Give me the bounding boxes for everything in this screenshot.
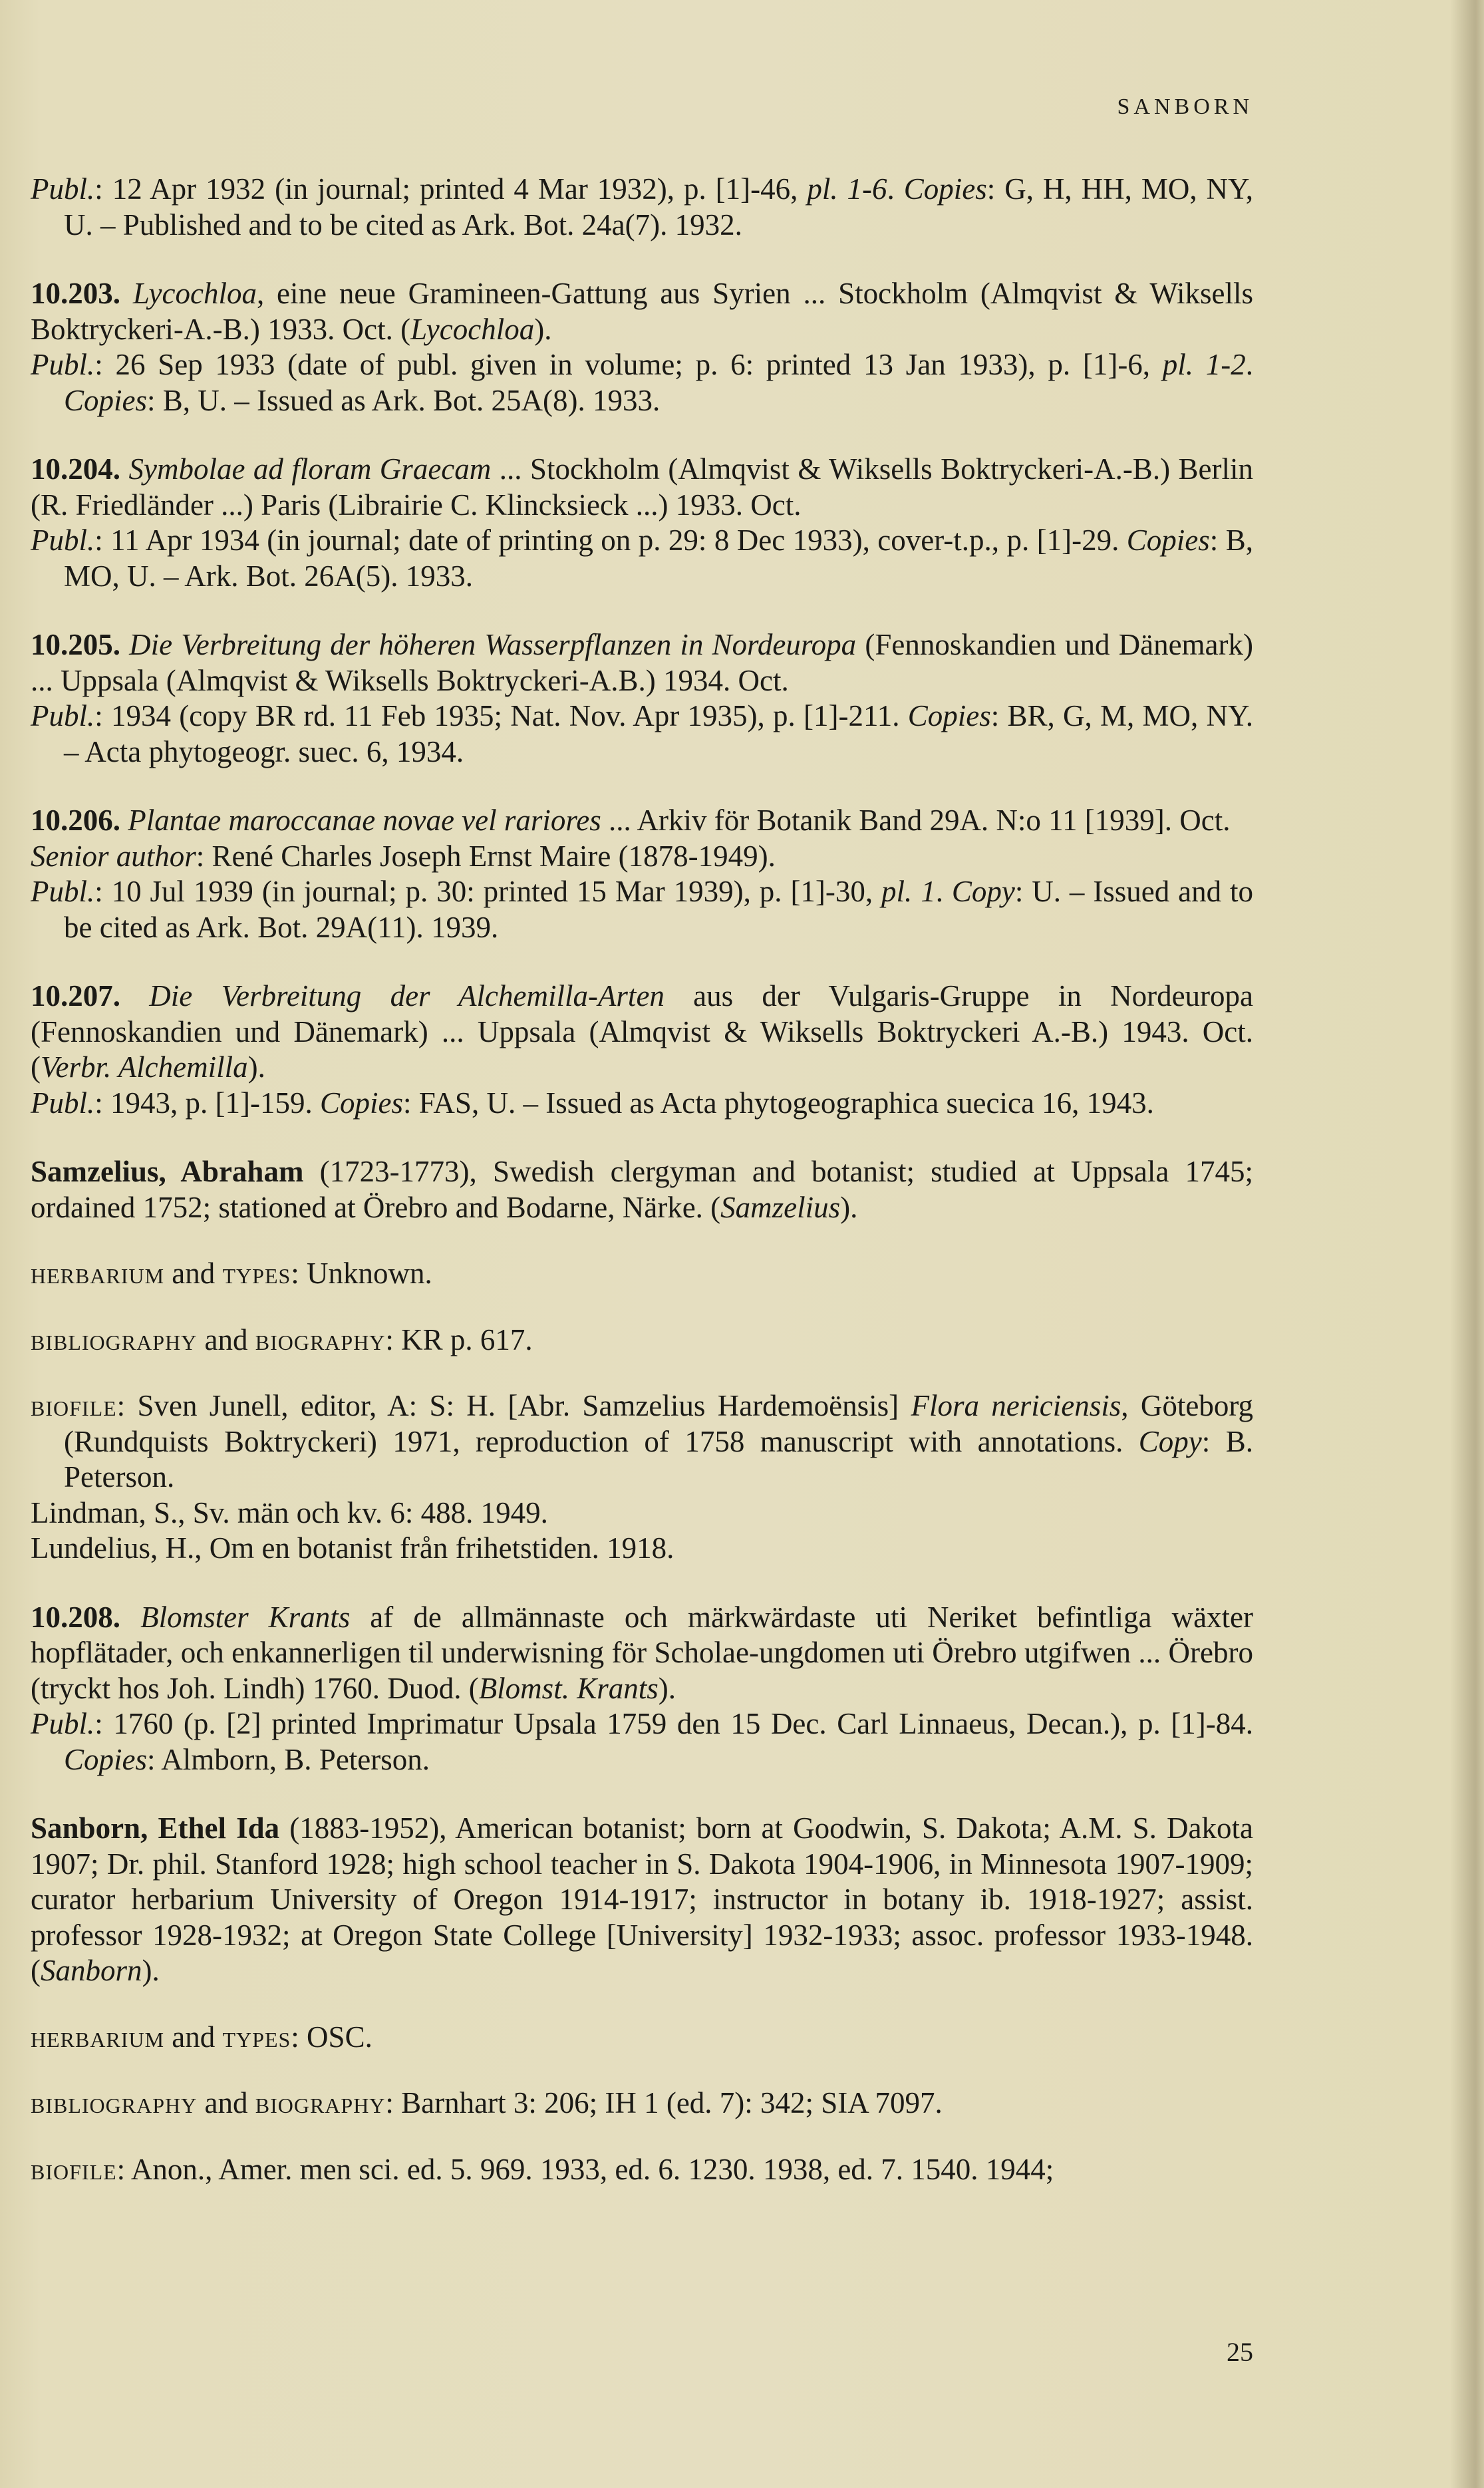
biofile: biofile: Anon., Amer. men sci. ed. 5. 96… (31, 2152, 1253, 2188)
bibliography-and-biography: bibliography and biography: KR p. 617. (31, 1322, 1253, 1358)
author-bio: Samzelius, Abraham (1723-1773), Swedish … (31, 1154, 1253, 1225)
conjunction: and (164, 2020, 222, 2054)
entry-number: 10.203. (31, 277, 120, 310)
section-value: : Sven Junell, editor, A: S: H. [Abr. Sa… (117, 1389, 911, 1422)
plates: pl. 1-6 (807, 172, 887, 206)
section-label: herbarium (31, 1257, 164, 1290)
biofile-reference: Lundelius, H., Om en botanist från frihe… (31, 1531, 1253, 1567)
punct: ). (142, 1954, 160, 1987)
herbarium-and-types: herbarium and types: Unknown. (31, 1256, 1253, 1292)
section-label: biofile (31, 2153, 117, 2186)
publ-label: Publ. (31, 699, 94, 732)
conjunction: and (164, 1257, 222, 1290)
entry-number: 10.205. (31, 628, 120, 661)
copies-text: : Almborn, B. Peterson. (147, 1743, 430, 1776)
biofile-title: Flora nericiensis (911, 1389, 1121, 1422)
section-label: types (223, 2020, 291, 2054)
copies-label: Copies (908, 699, 991, 732)
bibliography-and-biography: bibliography and biography: Barnhart 3: … (31, 2086, 1253, 2121)
copies-text: : FAS, U. – Issued as Acta phytogeograph… (403, 1086, 1154, 1120)
entry-publication: Publ.: 1943, p. [1]-159. Copies: FAS, U.… (31, 1086, 1253, 1122)
author-samzelius: Samzelius, Abraham (1723-1773), Swedish … (31, 1154, 1253, 1567)
punct: ). (840, 1191, 857, 1224)
entry-title-line: 10.204. Symbolae ad floram Graecam ... S… (31, 452, 1253, 523)
publ-label: Publ. (31, 1086, 94, 1120)
entry-10-204: 10.204. Symbolae ad floram Graecam ... S… (31, 452, 1253, 594)
entry-publication: Publ.: 1934 (copy BR rd. 11 Feb 1935; Na… (31, 699, 1253, 770)
section-label: herbarium (31, 2020, 164, 2054)
biofile-reference: Lindman, S., Sv. män och kv. 6: 488. 194… (31, 1495, 1253, 1531)
entry-abbreviation: Verbr. Alchemilla (41, 1050, 248, 1084)
page-number: 25 (1227, 2336, 1253, 2368)
biofile: biofile: Sven Junell, editor, A: S: H. [… (31, 1388, 1253, 1495)
copies-label: Copies (64, 1743, 147, 1776)
entry-10-206: 10.206. Plantae maroccanae novae vel rar… (31, 803, 1253, 945)
entry-senior-author: Senior author: René Charles Joseph Ernst… (31, 839, 1253, 875)
senior-author-text: : René Charles Joseph Ernst Maire (1878-… (196, 840, 776, 873)
entry-title: Die Verbreitung der höheren Wasserpflanz… (129, 628, 856, 661)
punct: ). (534, 313, 551, 346)
entry-number: 10.207. (31, 979, 120, 1012)
entry-publication: Publ.: 1760 (p. [2] printed Imprimatur U… (31, 1706, 1253, 1778)
entry-10-203: 10.203. Lycochloa, eine neue Gramineen-G… (31, 276, 1253, 418)
publ-label: Publ. (31, 875, 94, 908)
running-head: SANBORN (1117, 94, 1253, 120)
entry-publication: Publ.: 26 Sep 1933 (date of publ. given … (31, 347, 1253, 418)
entry-number: 10.206. (31, 804, 120, 837)
punct: ). (659, 1672, 676, 1705)
publ-label: Publ. (31, 172, 94, 206)
page-content: Publ.: 12 Apr 1932 (in journal; printed … (31, 172, 1253, 2187)
author-abbreviation: Sanborn (41, 1954, 142, 1987)
copies-label: Copies (904, 172, 987, 206)
entry-title: Symbolae ad floram Graecam (128, 452, 491, 486)
section-value: : KR p. 617. (385, 1323, 532, 1356)
entry-publication: Publ.: 10 Jul 1939 (in journal; p. 30: p… (31, 874, 1253, 945)
copies-label: Copies (320, 1086, 403, 1120)
entry-title-line: 10.207. Die Verbreitung der Alchemilla-A… (31, 979, 1253, 1086)
conjunction: and (197, 1323, 255, 1356)
entry-title: Die Verbreitung der Alchemilla-Arten (149, 979, 665, 1012)
plates: pl. 1 (881, 875, 936, 908)
punct: ). (248, 1050, 265, 1084)
separator: . (1246, 348, 1253, 381)
entry-imprint: ... Arkiv för Botanik Band 29A. N:o 11 [… (601, 804, 1231, 837)
entry-10-207: 10.207. Die Verbreitung der Alchemilla-A… (31, 979, 1253, 1121)
section-label: biography (255, 1323, 386, 1356)
entry-abbreviation: Blomst. Krants (479, 1672, 659, 1705)
conjunction: and (197, 2086, 255, 2119)
entry-number: 10.208. (31, 1601, 120, 1634)
senior-author-label: Senior author (31, 840, 196, 873)
publ-label: Publ. (31, 1707, 94, 1740)
separator: . (887, 172, 904, 206)
separator: . (936, 875, 952, 908)
entry-number: 10.204. (31, 452, 120, 486)
entry-title: Plantae maroccanae novae vel rariores (128, 804, 601, 837)
section-value: : Anon., Amer. men sci. ed. 5. 969. 1933… (117, 2153, 1054, 2186)
section-label: biofile (31, 1389, 117, 1422)
author-name: Samzelius, Abraham (31, 1155, 303, 1188)
author-name: Sanborn, Ethel Ida (31, 1811, 279, 1845)
publ-text: : 26 Sep 1933 (date of publ. given in vo… (94, 348, 1163, 381)
section-label: biography (255, 2086, 386, 2119)
entry-publication: Publ.: 11 Apr 1934 (in journal; date of … (31, 523, 1253, 594)
publ-text: : 10 Jul 1939 (in journal; p. 30: printe… (94, 875, 881, 908)
section-label: bibliography (31, 2086, 197, 2119)
entry-title: Lycochloa (133, 277, 257, 310)
section-label: bibliography (31, 1323, 197, 1356)
publ-text: : 11 Apr 1934 (in journal; date of print… (94, 524, 1127, 557)
publ-label: Publ. (31, 348, 94, 381)
copies-label: Copies (1127, 524, 1210, 557)
author-abbreviation: Samzelius (720, 1191, 840, 1224)
publ-text: : 12 Apr 1932 (in journal; printed 4 Mar… (94, 172, 807, 206)
entry-title-line: 10.205. Die Verbreitung der höheren Wass… (31, 627, 1253, 699)
section-value: : Unknown. (291, 1257, 432, 1290)
entry-10-205: 10.205. Die Verbreitung der höheren Wass… (31, 627, 1253, 770)
entry-abbreviation: Lycochloa (410, 313, 534, 346)
section-value: : Barnhart 3: 206; IH 1 (ed. 7): 342; SI… (385, 2086, 942, 2119)
entry-10-202-publication: Publ.: 12 Apr 1932 (in journal; printed … (31, 172, 1253, 243)
copies-text: : B, U. – Issued as Ark. Bot. 25A(8). 19… (147, 384, 660, 417)
entry-10-208: 10.208. Blomster Krants af de allmännast… (31, 1600, 1253, 1778)
author-sanborn: Sanborn, Ethel Ida (1883-1952), American… (31, 1811, 1253, 2187)
herbarium-and-types: herbarium and types: OSC. (31, 2020, 1253, 2056)
copy-label: Copy (1139, 1425, 1202, 1458)
plates: pl. 1-2 (1163, 348, 1246, 381)
entry-title-line: 10.208. Blomster Krants af de allmännast… (31, 1600, 1253, 1707)
copies-label: Copies (64, 384, 147, 417)
entry-title-line: 10.203. Lycochloa, eine neue Gramineen-G… (31, 276, 1253, 347)
publ-text: : 1934 (copy BR rd. 11 Feb 1935; Nat. No… (94, 699, 908, 732)
entry-title-line: 10.206. Plantae maroccanae novae vel rar… (31, 803, 1253, 839)
entry-title: Blomster Krants (140, 1601, 350, 1634)
author-bio: Sanborn, Ethel Ida (1883-1952), American… (31, 1811, 1253, 1989)
section-label: types (223, 1257, 291, 1290)
publ-label: Publ. (31, 524, 94, 557)
section-value: : OSC. (291, 2020, 372, 2054)
publ-text: : 1760 (p. [2] printed Imprimatur Upsala… (94, 1707, 1253, 1740)
publ-text: : 1943, p. [1]-159. (94, 1086, 320, 1120)
copy-label: Copy (952, 875, 1015, 908)
